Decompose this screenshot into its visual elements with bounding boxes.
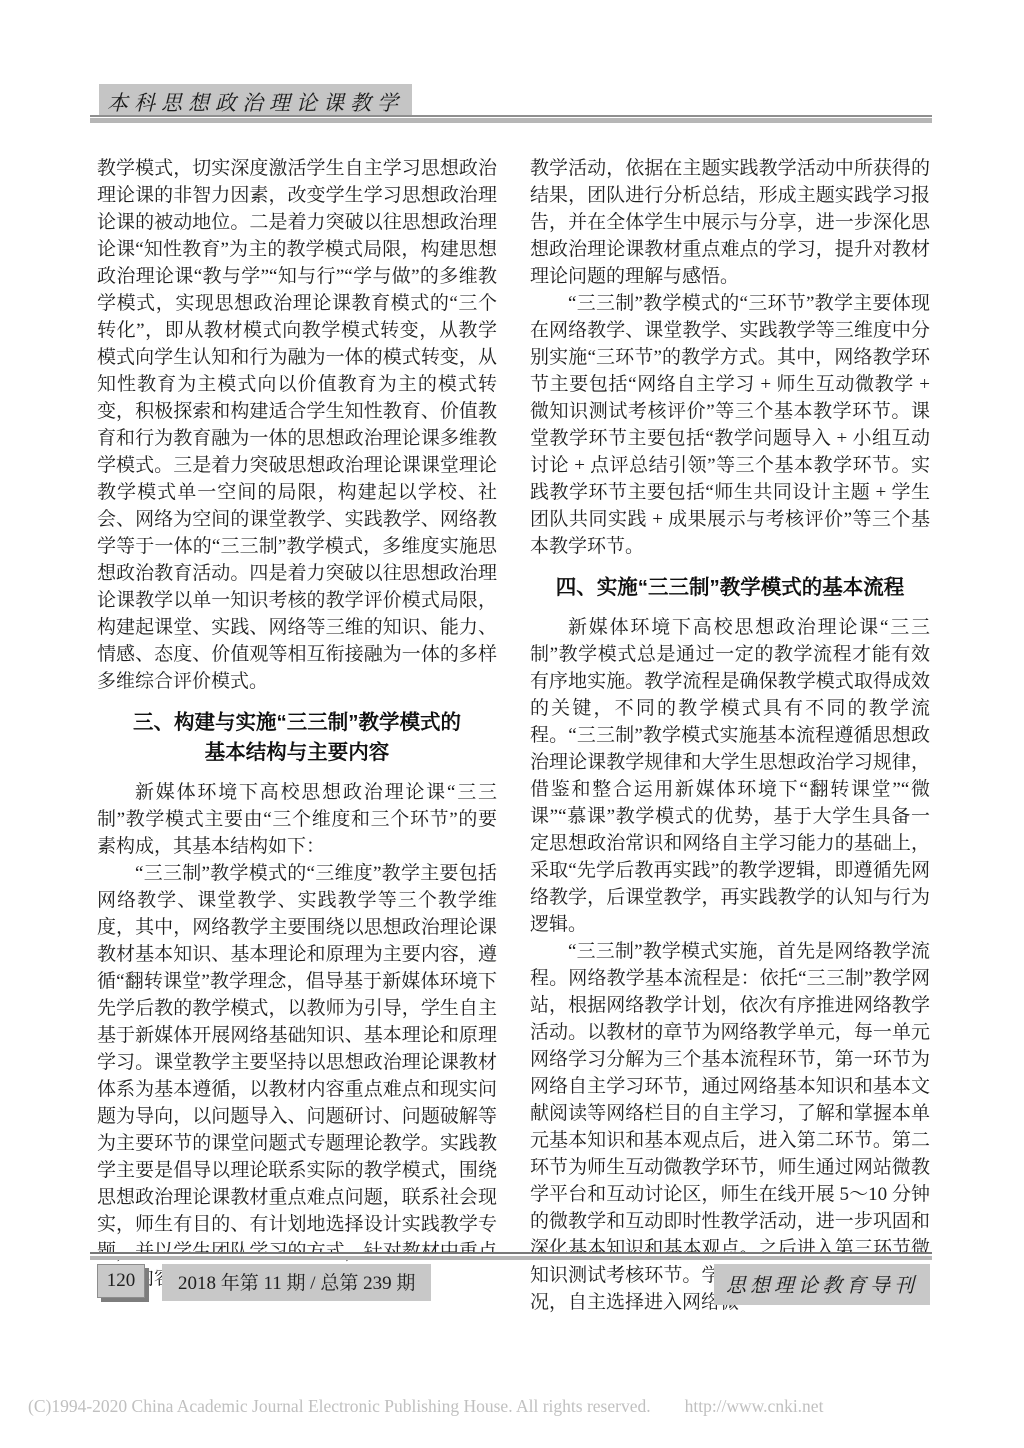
article-body: 教学模式，切实深度激活学生自主学习思想政治理论课的非智力因素，改变学生学习思想政…	[97, 155, 930, 1316]
paragraph-flow-overview: 新媒体环境下高校思想政治理论课“三三制”教学模式总是通过一定的教学流程才能有效有…	[530, 614, 930, 938]
section-heading-3-line2: 基本结构与主要内容	[97, 738, 497, 768]
right-column: 教学活动，依据在主题实践教学活动中所获得的结果，团队进行分析总结，形成主题实践学…	[530, 155, 930, 1316]
cnki-url-text: http://www.cnki.net	[685, 1396, 824, 1417]
copyright-watermark: (C)1994-2020 China Academic Journal Elec…	[28, 1396, 1004, 1417]
issue-info: 2018 年第 11 期 / 总第 239 期	[162, 1264, 431, 1301]
footer-divider-rule	[90, 1252, 932, 1260]
page-number: 120	[97, 1264, 145, 1298]
section-heading-3: 三、构建与实施“三三制”教学模式的 基本结构与主要内容	[97, 708, 497, 768]
header-divider-rule	[90, 115, 932, 123]
footer: 120 2018 年第 11 期 / 总第 239 期 思想理论教育导刊	[97, 1264, 930, 1305]
paragraph-practice-result: 教学活动，依据在主题实践教学活动中所获得的结果，团队进行分析总结，形成主题实践学…	[530, 155, 930, 290]
copyright-text: (C)1994-2020 China Academic Journal Elec…	[28, 1396, 651, 1417]
section-heading-3-line1: 三、构建与实施“三三制”教学模式的	[97, 708, 497, 738]
section-heading-4: 四、实施“三三制”教学模式的基本流程	[530, 573, 930, 603]
paragraph-three-links: “三三制”教学模式的“三环节”教学主要体现在网络教学、课堂教学、实践教学等三维度…	[530, 290, 930, 560]
paragraph-three-dimensions: “三三制”教学模式的“三维度”教学主要包括网络教学、课堂教学、实践教学等三个教学…	[97, 860, 497, 1292]
paragraph-structure-intro: 新媒体环境下高校思想政治理论课“三三制”教学模式主要由“三个维度和三个环节”的要…	[97, 779, 497, 860]
section-heading-4-line1: 四、实施“三三制”教学模式的基本流程	[530, 573, 930, 603]
paragraph-continuation: 教学模式，切实深度激活学生自主学习思想政治理论课的非智力因素，改变学生学习思想政…	[97, 155, 497, 695]
left-column: 教学模式，切实深度激活学生自主学习思想政治理论课的非智力因素，改变学生学习思想政…	[97, 155, 497, 1316]
journal-name: 思想理论教育导刊	[714, 1264, 930, 1305]
